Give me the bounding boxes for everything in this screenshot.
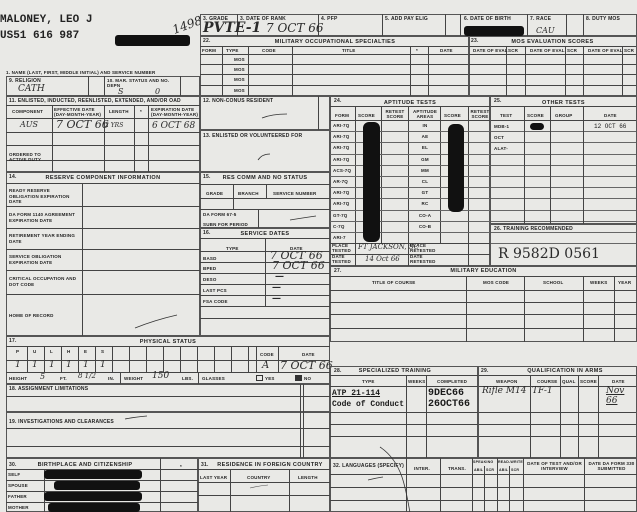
pen-strokes [0,0,637,512]
